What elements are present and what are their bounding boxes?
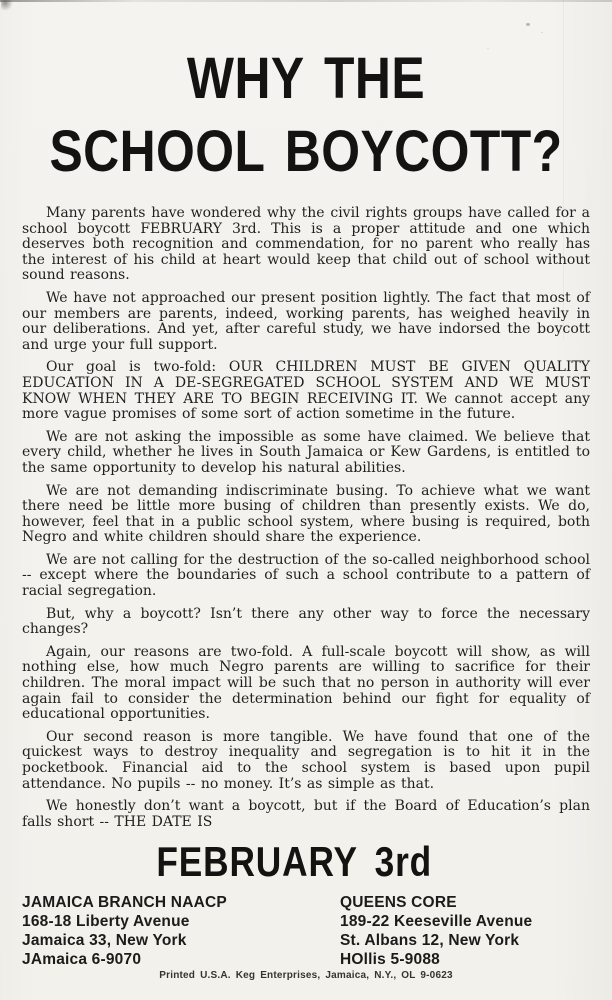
contact-street: 168-18 Liberty Avenue (22, 912, 227, 931)
body-paragraph-8: Again, our reasons are two-fold. A full-… (22, 645, 590, 723)
scan-corner-smudge (1, 0, 13, 11)
scan-edge-artifact (0, 0, 612, 2)
contact-street: 189-22 Keeseville Avenue (340, 912, 532, 931)
contact-org: QUEENS CORE (340, 893, 532, 912)
title-line-2: SCHOOL BOYCOTT? (43, 115, 569, 188)
flyer-page: WHY THE SCHOOL BOYCOTT? Many parents hav… (0, 0, 612, 1000)
contact-city: St. Albans 12, New York (340, 931, 532, 950)
body-paragraph-6: We are not calling for the destruction o… (22, 553, 590, 600)
contact-city: Jamaica 33, New York (22, 931, 227, 950)
paper-speckle (526, 23, 530, 26)
body-paragraph-1: Many parents have wondered why the civil… (22, 206, 590, 284)
body-paragraph-10: We honestly don’t want a boycott, but if… (22, 799, 590, 830)
date-month: FEBRUARY (156, 838, 357, 885)
body-paragraph-7: But, why a boycott? Isn’t there any othe… (22, 607, 590, 638)
printer-credit: Printed U.S.A. Keg Enterprises, Jamaica,… (0, 970, 612, 981)
contact-blocks: JAMAICA BRANCH NAACP 168-18 Liberty Aven… (0, 893, 612, 973)
boycott-date-banner: FEBRUARY3rd (37, 839, 551, 885)
body-paragraph-9: Our second reason is more tangible. We h… (22, 730, 590, 792)
flyer-title: WHY THE SCHOOL BOYCOTT? (0, 42, 612, 188)
flyer-body: Many parents have wondered why the civil… (22, 206, 590, 837)
contact-phone: JAmaica 6-9070 (22, 950, 227, 969)
body-paragraph-5: We are not demanding indiscriminate busi… (22, 484, 590, 546)
contact-org: JAMAICA BRANCH NAACP (22, 893, 227, 912)
date-day: 3rd (375, 838, 432, 885)
contact-naacp: JAMAICA BRANCH NAACP 168-18 Liberty Aven… (22, 893, 227, 969)
contact-phone: HOllis 5-9088 (340, 950, 532, 969)
body-paragraph-3: Our goal is two-fold: OUR CHILDREN MUST … (22, 360, 590, 422)
body-paragraph-2: We have not approached our present posit… (22, 291, 590, 353)
contact-core: QUEENS CORE 189-22 Keeseville Avenue St.… (340, 893, 532, 969)
title-line-1: WHY THE (43, 42, 569, 115)
body-paragraph-4: We are not asking the impossible as some… (22, 430, 590, 477)
